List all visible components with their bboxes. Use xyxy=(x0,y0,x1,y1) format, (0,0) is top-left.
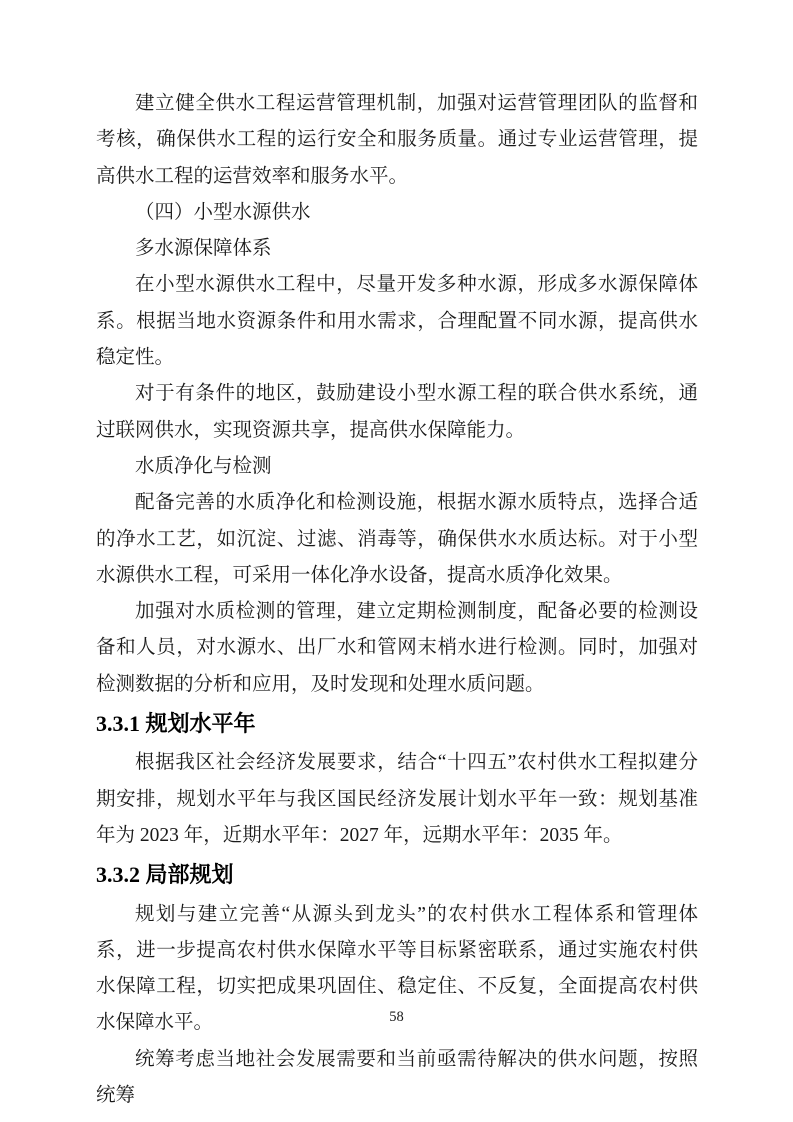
section-heading-3-3-2: 3.3.2 局部规划 xyxy=(96,857,698,893)
page-content: 建立健全供水工程运营管理机制，加强对运营管理团队的监督和考核，确保供水工程的运行… xyxy=(96,86,698,1114)
paragraph-overall-consideration: 统筹考虑当地社会发展需要和当前亟需待解决的供水问题，按照统筹 xyxy=(96,1042,698,1115)
paragraph-purification-body: 配备完善的水质净化和检测设施，根据水源水质特点，选择合适的净水工艺，如沉淀、过滤… xyxy=(96,485,698,594)
paragraph-operation-management: 建立健全供水工程运营管理机制，加强对运营管理团队的监督和考核，确保供水工程的运行… xyxy=(96,86,698,195)
paragraph-multi-source-subtitle: 多水源保障体系 xyxy=(96,231,698,267)
paragraph-quality-testing: 加强对水质检测的管理，建立定期检测制度，配备必要的检测设备和人员，对水源水、出厂… xyxy=(96,594,698,703)
paragraph-multi-source-body: 在小型水源供水工程中，尽量开发多种水源，形成多水源保障体系。根据当地水资源条件和… xyxy=(96,267,698,376)
section-heading-3-3-1: 3.3.1 规划水平年 xyxy=(96,706,698,742)
paragraph-purification-subtitle: 水质净化与检测 xyxy=(96,449,698,485)
paragraph-section-four-title: （四）小型水源供水 xyxy=(96,195,698,231)
document-page: 建立健全供水工程运营管理机制，加强对运营管理团队的监督和考核，确保供水工程的运行… xyxy=(0,0,793,1122)
paragraph-planning-years: 根据我区社会经济发展要求，结合“十四五”农村供水工程拟建分期安排，规划水平年与我… xyxy=(96,745,698,854)
page-number: 58 xyxy=(0,1007,793,1027)
paragraph-joint-supply: 对于有条件的地区，鼓励建设小型水源工程的联合供水系统，通过联网供水，实现资源共享… xyxy=(96,376,698,449)
